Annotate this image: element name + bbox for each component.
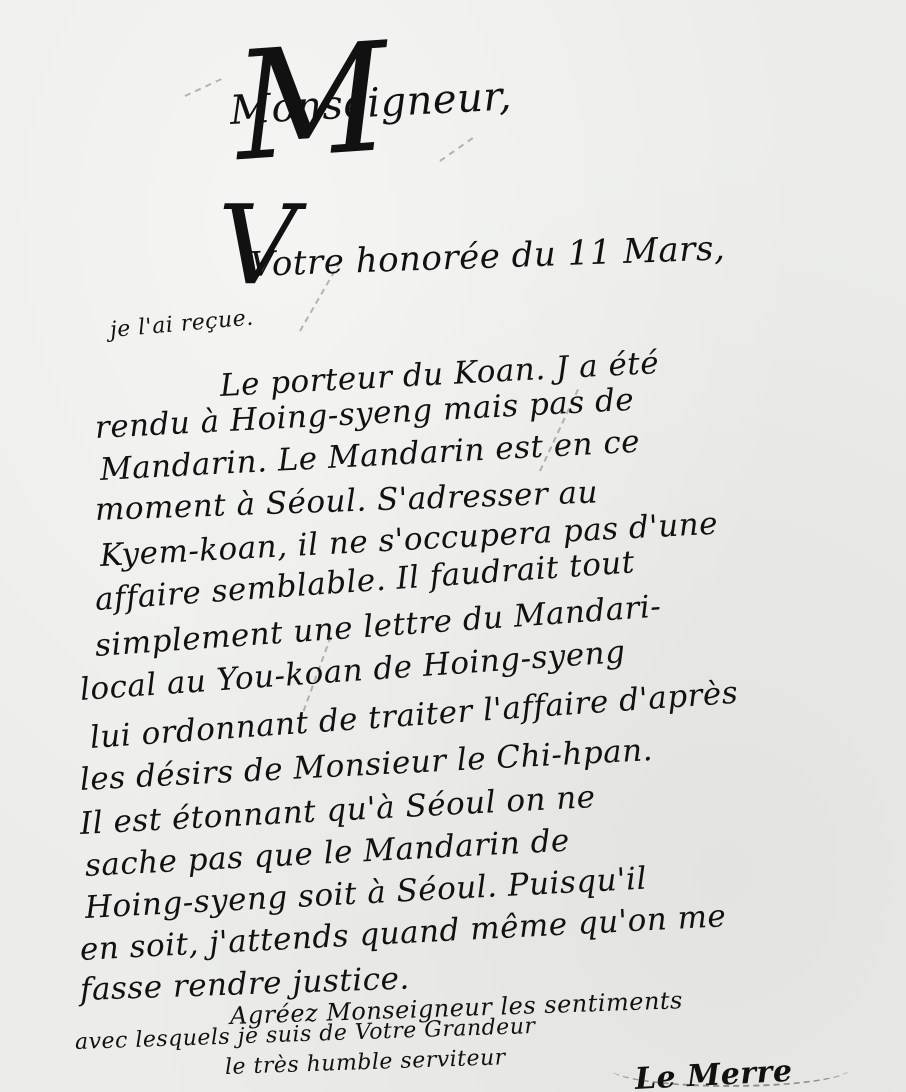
letter-line-20: le très humble serviteur [225, 1045, 507, 1080]
letter-line-1: Votre honorée du 11 Mars, [249, 228, 726, 285]
signature-flourish [610, 1050, 850, 1087]
bleed-through-stroke [439, 137, 473, 162]
letter-page: M V Monseigneur, Votre honorée du 11 Mar… [0, 0, 906, 1092]
bleed-through-stroke [185, 78, 222, 97]
letter-line-2: je l'ai reçue. [109, 305, 255, 342]
